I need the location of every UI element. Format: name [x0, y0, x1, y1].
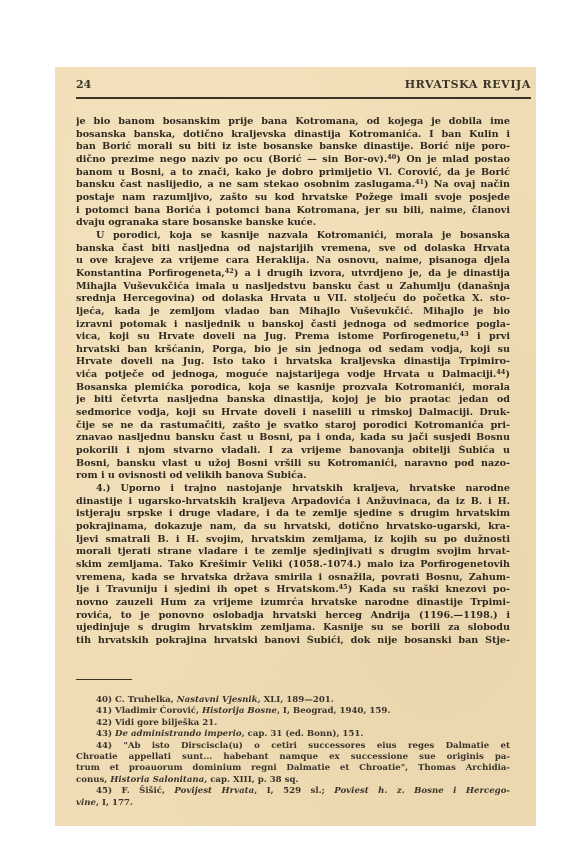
text-line: i potomci bana Borića i potomci bana Kot… — [76, 205, 510, 218]
text-line: dvaju ogranaka stare bosanske banske kuć… — [76, 217, 510, 230]
text-line: znavao nasljednu bansku čast u Bosni, pa… — [76, 432, 510, 445]
text-line: Mihajla Vuševukčića imala u nasljedstvu … — [76, 281, 510, 294]
text-line: banska čast biti nasljedna od najstariji… — [76, 243, 510, 256]
text-line: dično prezime nego naziv po ocu (Borić —… — [76, 154, 510, 167]
text-line: ujedinjuje s drugim hrvatskim zemljama. … — [76, 622, 510, 635]
text-line: postaje nam razumljivo, zašto su kod hrv… — [76, 192, 510, 205]
footnote-separator — [76, 679, 132, 680]
text-line: istjeraju srpske i druge vladare, i da t… — [76, 508, 510, 521]
footnote-ref[interactable]: 41 — [415, 179, 424, 186]
text-line: banom u Bosni, a to znači, kako je dobro… — [76, 167, 510, 180]
footnote-40: 40) C. Truhelka, Nastavni Vjesnik, XLI, … — [76, 695, 510, 706]
text-line: tih hrvatskih pokrajina hrvatski banovi … — [76, 635, 510, 648]
text-line: 4.) Uporno i trajno nastojanje hrvatskih… — [76, 483, 510, 496]
paragraph-2: U porodici, koja se kasnije nazvala Kotr… — [76, 230, 510, 483]
header-rule — [76, 97, 531, 99]
footnote-41: 41) Vladimir Ćorović, Historija Bosne, I… — [76, 706, 510, 717]
text-line: morali tjerati strane vladare i te zemlj… — [76, 546, 510, 559]
paragraph-1: je bio banom bosanskim prije bana Kotrom… — [76, 116, 510, 230]
footnote-44: 44) "Ab isto Dirsciscla(u) o cetiri succ… — [76, 741, 510, 787]
text-line: novno zauzeli Hum za vrijeme izumrća hrv… — [76, 597, 510, 610]
journal-title: HRVATSKA REVIJA — [405, 78, 531, 91]
page-number: 24 — [76, 78, 91, 91]
footnote-43: 43) De administrando imperio, cap. 31 (e… — [76, 729, 510, 740]
text-line: pokorili i njom stvarno vladali. I za vr… — [76, 445, 510, 458]
text-line: lje i Travuniju i sjedini ih opet s Hrva… — [76, 584, 510, 597]
text-line: srednja Hercegovina) od dolaska Hrvata u… — [76, 293, 510, 306]
paragraph-3: 4.) Uporno i trajno nastojanje hrvatskih… — [76, 483, 510, 648]
text-line: Konstantina Porfirogeneta,42) a i drugih… — [76, 268, 510, 281]
text-line: Bosni, bansku vlast u užoj Bosni vršili … — [76, 458, 510, 471]
footnote-ref[interactable]: 45 — [339, 584, 348, 591]
text-line: sedmorice vodja, koji su Hrvate doveli i… — [76, 407, 510, 420]
footnote-42: 42) Vidi gore bilješka 21. — [76, 718, 510, 729]
text-line: U porodici, koja se kasnije nazvala Kotr… — [76, 230, 510, 243]
text-line: bosanska banska, dotično kraljevska dina… — [76, 129, 510, 142]
text-line: rom i u ovisnosti od velikih banova Šubi… — [76, 470, 510, 483]
footnote-ref[interactable]: 42 — [225, 268, 234, 275]
text-line: Bosanska plemićka porodica, koja se kasn… — [76, 382, 510, 395]
text-line: bansku čast naslijedio, a ne sam stekao … — [76, 179, 510, 192]
text-line: vremena, kada se hrvatska država smirila… — [76, 572, 510, 585]
text-line: ljevi smatrali B. i H. svojim, hrvatskim… — [76, 534, 510, 547]
text-line: vića potječe od jednoga, moguće najstari… — [76, 369, 510, 382]
text-line: vica, koji su Hrvate doveli na Jug. Prem… — [76, 331, 510, 344]
text-line: u ove krajeve za vrijeme cara Heraklija.… — [76, 255, 510, 268]
text-line: ljeća, kada je zemljom vladao ban Mihajl… — [76, 306, 510, 319]
text-line: pokrajinama, dokazuje nam, da su hrvatsk… — [76, 521, 510, 534]
text-line: rovića, to je ponovno oslobadja hrvatski… — [76, 610, 510, 623]
running-header: 24 HRVATSKA REVIJA — [76, 78, 531, 92]
document-page: 24 HRVATSKA REVIJA je bio banom bosanski… — [55, 67, 536, 826]
footnote-45: 45) F. Šišić, Povijest Hrvata, I, 529 sl… — [76, 786, 510, 809]
body-text: je bio banom bosanskim prije bana Kotrom… — [76, 116, 510, 648]
text-line: skim zemljama. Tako Krešimir Veliki (105… — [76, 559, 510, 572]
footnote-ref[interactable]: 43 — [460, 331, 469, 338]
text-line: hrvatski ban kršćanin, Porga, bio je sin… — [76, 344, 510, 357]
text-line: Hrvate doveli na Jug. Isto tako i hrvats… — [76, 356, 510, 369]
footnote-ref[interactable]: 40 — [387, 154, 396, 161]
text-line: ban Borić morali su biti iz iste bosansk… — [76, 141, 510, 154]
text-line: čije se ne da rastumačiti, zašto je svat… — [76, 420, 510, 433]
footnotes: 40) C. Truhelka, Nastavni Vjesnik, XLI, … — [76, 695, 510, 809]
text-line: izravni potomak i nasljednik u banskoj č… — [76, 319, 510, 332]
text-line: je biti četvrta nasljedna banska dinasti… — [76, 394, 510, 407]
text-line: dinastije i ugarsko-hrvatskih kraljeva A… — [76, 496, 510, 509]
text-line: je bio banom bosanskim prije bana Kotrom… — [76, 116, 510, 129]
